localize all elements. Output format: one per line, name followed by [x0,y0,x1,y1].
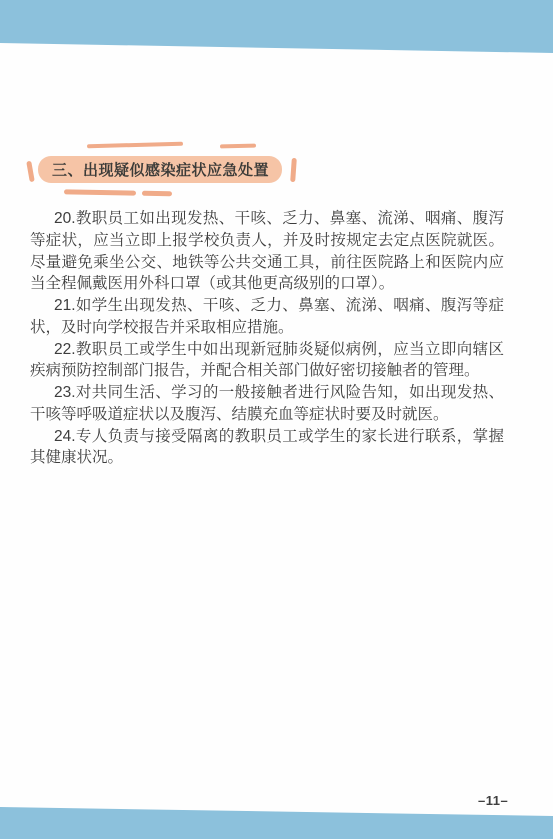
paragraph-20: 20.教职员工如出现发热、干咳、乏力、鼻塞、流涕、咽痛、腹泻等症状，应当立即上报… [30,208,504,295]
badge-doodle-top-long [87,142,183,149]
body-text: 20.教职员工如出现发热、干咳、乏力、鼻塞、流涕、咽痛、腹泻等症状，应当立即上报… [30,208,504,469]
paragraph-23: 23.对共同生活、学习的一般接触者进行风险告知，如出现发热、干咳等呼吸道症状以及… [30,382,504,426]
section-title: 三、出现疑似感染症状应急处置 [52,159,269,180]
top-band [0,0,553,56]
badge-doodle-bottom-short [142,191,172,196]
paragraph-24: 24.专人负责与接受隔离的教职员工或学生的家长进行联系，掌握其健康状况。 [30,426,504,470]
paragraph-22: 22.教职员工或学生中如出现新冠肺炎疑似病例，应当立即向辖区疾病预防控制部门报告… [30,339,504,383]
section-badge: 三、出现疑似感染症状应急处置 [38,156,282,183]
booklet-page: 三、出现疑似感染症状应急处置 20.教职员工如出现发热、干咳、乏力、鼻塞、流涕、… [0,0,553,839]
badge-doodle-bottom-long [64,189,136,195]
bottom-band [0,805,553,839]
badge-doodle-left-tick [26,161,34,182]
badge-doodle-right-tick [290,158,296,182]
page-number: –11– [478,793,508,808]
badge-doodle-top-short [220,144,256,149]
paragraph-21: 21.如学生出现发热、干咳、乏力、鼻塞、流涕、咽痛、腹泻等症状，及时向学校报告并… [30,295,504,339]
